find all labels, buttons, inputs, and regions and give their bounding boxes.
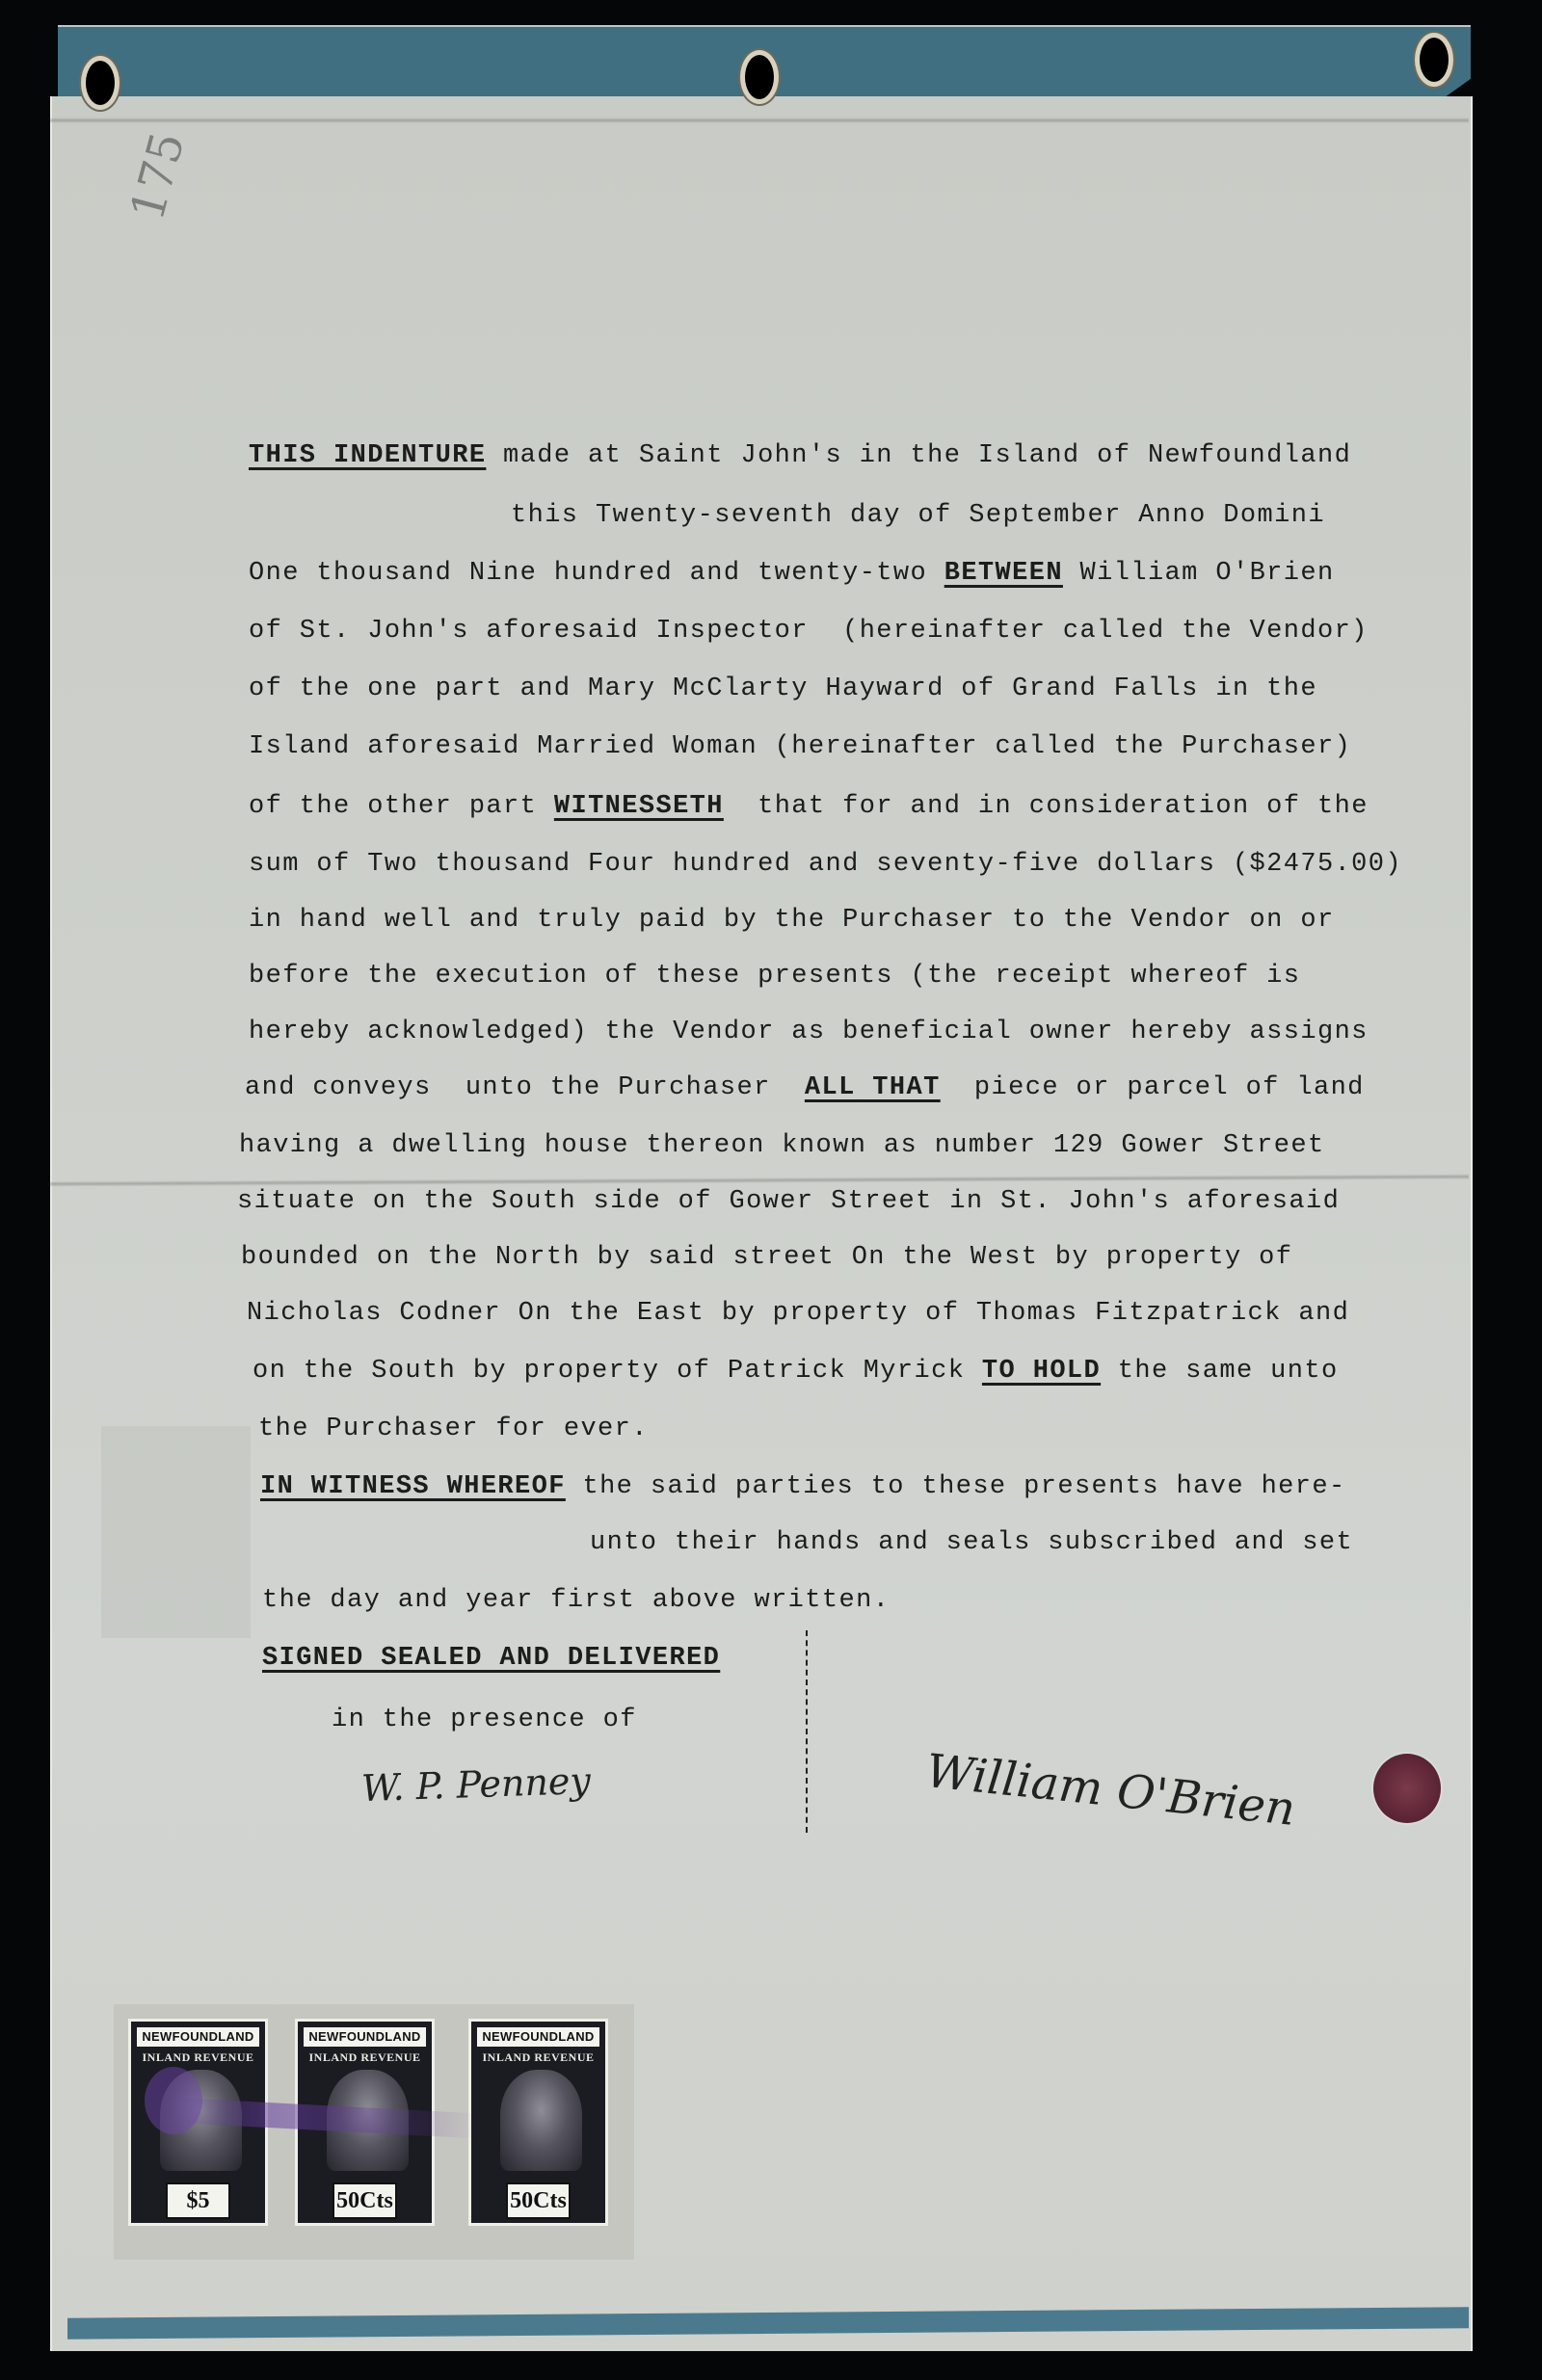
revenue-stamp: NEWFOUNDLAND INLAND REVENUE 50Cts: [468, 2019, 608, 2226]
deed-line: unto their hands and seals subscribed an…: [590, 1528, 1353, 1557]
stamp-type: INLAND REVENUE: [306, 2050, 424, 2065]
deed-line: Island aforesaid Married Woman (hereinaf…: [249, 732, 1351, 761]
wax-seal: [1373, 1754, 1441, 1823]
faded-stamp-offset: [101, 1426, 251, 1638]
deed-line: on the South by property of Patrick Myri…: [253, 1357, 1339, 1386]
fold-crease: [50, 118, 1469, 123]
deed-line: sum of Two thousand Four hundred and sev…: [249, 850, 1402, 879]
deed-line: situate on the South side of Gower Stree…: [237, 1187, 1340, 1216]
grommet-icon: [1415, 33, 1453, 87]
signature-bracket: [796, 1630, 808, 1833]
deed-line: the day and year first above written.: [262, 1586, 890, 1615]
deed-line: of the other part WITNESSETH that for an…: [249, 792, 1369, 821]
stamp-country: NEWFOUNDLAND: [137, 2027, 259, 2047]
deed-line: before the execution of these presents (…: [249, 962, 1300, 991]
deed-line: bounded on the North by said street On t…: [241, 1243, 1292, 1272]
stamp-type: INLAND REVENUE: [479, 2050, 598, 2065]
stamp-type: INLAND REVENUE: [139, 2050, 257, 2065]
deed-line: the Purchaser for ever.: [258, 1415, 649, 1443]
deed-line: and conveys unto the Purchaser ALL THAT …: [245, 1073, 1365, 1102]
deed-line: in hand well and truly paid by the Purch…: [249, 906, 1335, 935]
stamp-country: NEWFOUNDLAND: [304, 2027, 426, 2047]
deed-line: THIS INDENTURE made at Saint John's in t…: [249, 441, 1351, 470]
deed-line: having a dwelling house thereon known as…: [239, 1131, 1325, 1160]
stamp-value: 50Cts: [506, 2182, 571, 2219]
attestation-heading: SIGNED SEALED AND DELIVERED: [262, 1644, 720, 1673]
grommet-icon: [740, 50, 779, 104]
stamp-value: 50Cts: [332, 2182, 397, 2219]
deed-line: IN WITNESS WHEREOF the said parties to t…: [260, 1472, 1346, 1501]
deed-line: of St. John's aforesaid Inspector (herei…: [249, 617, 1369, 646]
deed-line: this Twenty-seventh day of September Ann…: [511, 501, 1325, 530]
stamp-value: $5: [166, 2182, 230, 2219]
attestation-subheading: in the presence of: [332, 1706, 637, 1734]
grommet-icon: [81, 56, 120, 110]
deed-line: hereby acknowledged) the Vendor as benef…: [249, 1018, 1369, 1046]
stamp-country: NEWFOUNDLAND: [477, 2027, 599, 2047]
king-portrait-icon: [500, 2070, 582, 2171]
deed-line: One thousand Nine hundred and twenty-two…: [249, 559, 1335, 588]
deed-line: Nicholas Codner On the East by property …: [247, 1299, 1349, 1328]
deed-line: of the one part and Mary McClarty Haywar…: [249, 674, 1317, 703]
witness-signature: W. P. Penney: [360, 1759, 591, 1810]
